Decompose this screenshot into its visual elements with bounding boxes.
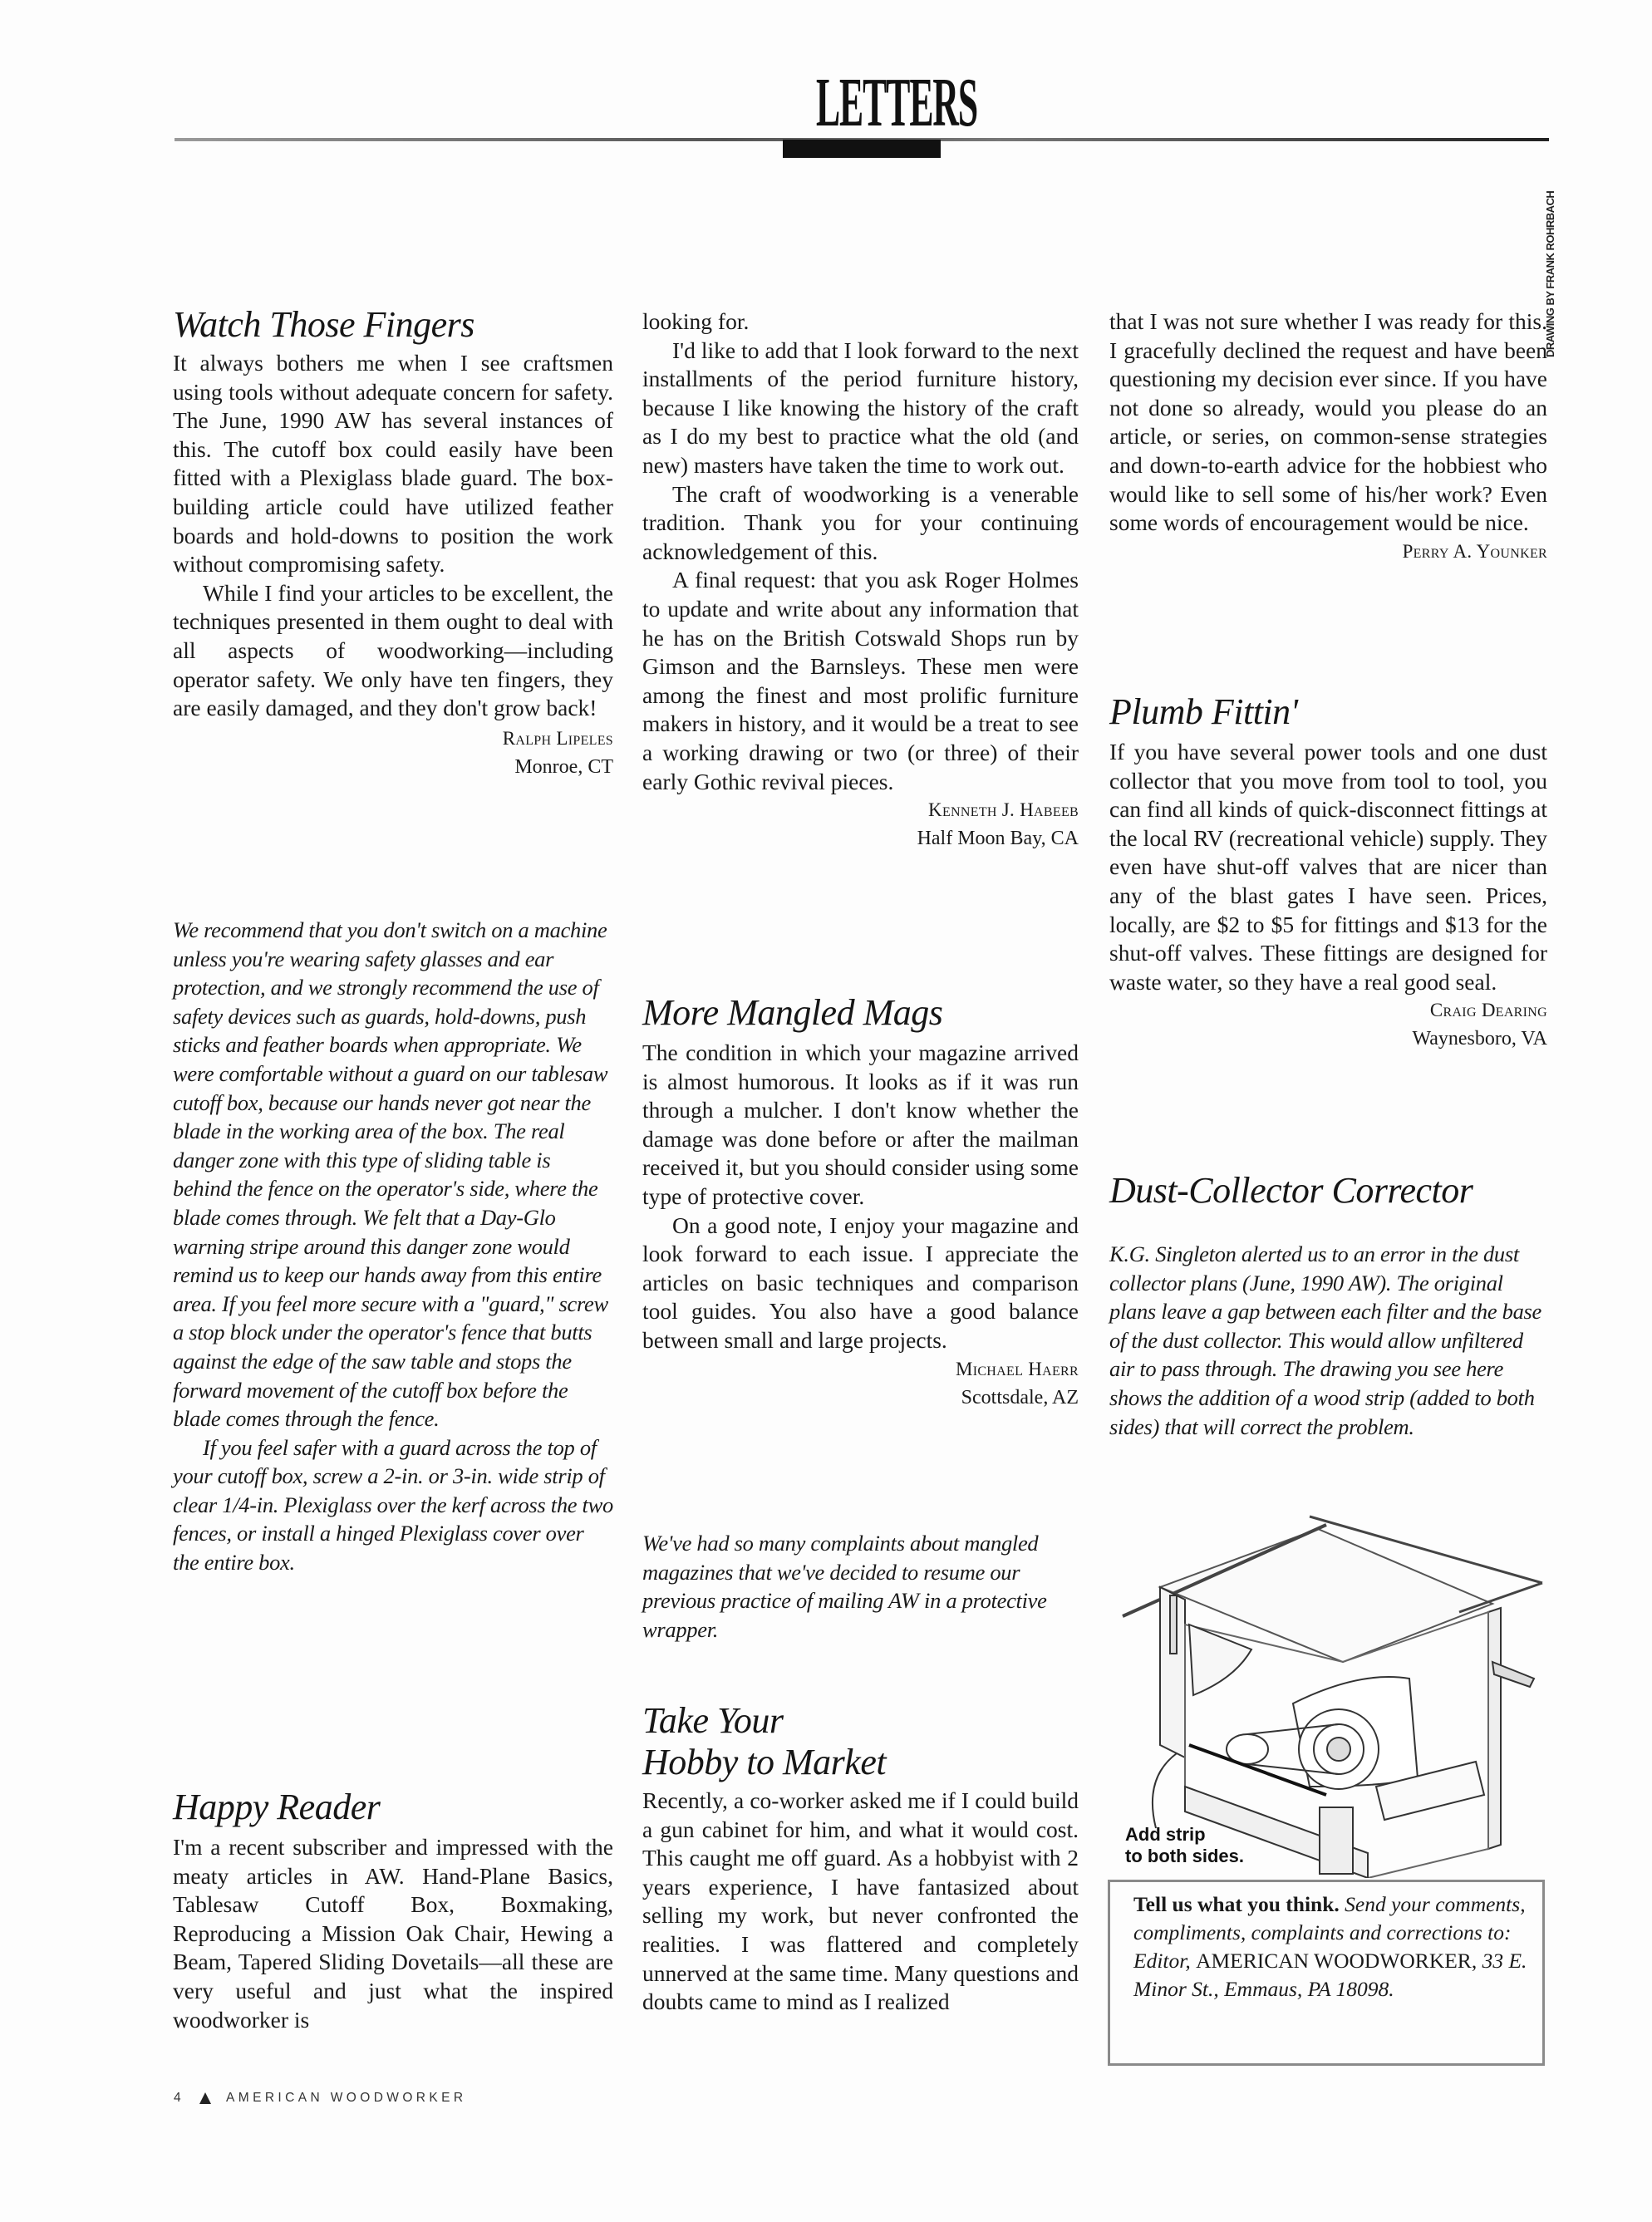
letter-paragraph: While I find your articles to be excelle… [173, 579, 613, 723]
section-title: LETTERS [816, 70, 904, 136]
drawing-callout: Add strip to both sides. [1125, 1824, 1244, 1867]
letter-location: Monroe, CT [173, 753, 613, 781]
letter-paragraph: A final request: that you ask Roger Holm… [642, 566, 1079, 796]
letter-heading: More Mangled Mags [642, 992, 1079, 1034]
tell-us-lead: Tell us what you think. [1133, 1892, 1340, 1916]
letter-signature: Craig Dearing [1109, 996, 1547, 1025]
editor-reply-safety: We recommend that you don't switch on a … [173, 916, 613, 1577]
dust-collector-illustration [1110, 1512, 1559, 1878]
letter-paragraph: that I was not sure whether I was ready … [1109, 307, 1547, 538]
letter-paragraph: It always bothers me when I see craftsme… [173, 349, 613, 579]
letter-more-mangled-mags: More Mangled Mags The condition in which… [642, 992, 1079, 1412]
callout-line: Add strip [1125, 1824, 1244, 1846]
editor-reply-mangled: We've had so many complaints about mangl… [642, 1529, 1079, 1644]
letter-paragraph: On a good note, I enjoy your magazine an… [642, 1212, 1079, 1355]
letter-location: Half Moon Bay, CA [642, 824, 1079, 853]
letter-paragraph: looking for. [642, 307, 1079, 337]
letter-plumb-fittin: Plumb Fittin' If you have several power … [1109, 691, 1547, 1053]
letter-paragraph: I'm a recent subscriber and impressed wi… [173, 1833, 613, 2034]
letter-heading: Plumb Fittin' [1109, 691, 1547, 733]
letter-heading-line1: Take Your [642, 1700, 1079, 1742]
page-number: 4 [174, 2091, 184, 2106]
callout-line: to both sides. [1125, 1846, 1244, 1867]
letter-heading: Happy Reader [173, 1787, 613, 1828]
header-rule-tab [783, 140, 941, 158]
page-footer: 4 AMERICAN WOODWORKER [174, 2091, 466, 2106]
letter-happy-reader: Happy Reader I'm a recent subscriber and… [173, 1787, 613, 2034]
editor-reply-paragraph: If you feel safer with a guard across th… [173, 1433, 613, 1577]
editor-reply-paragraph: We recommend that you don't switch on a … [173, 916, 613, 1433]
tell-us-box: Tell us what you think. Send your commen… [1108, 1880, 1545, 2066]
magazine-name: AMERICAN WOODWORKER, [1196, 1949, 1477, 1973]
letter-paragraph: The craft of woodworking is a venerable … [642, 480, 1079, 567]
section-heading: Dust-Collector Corrector [1109, 1170, 1547, 1212]
letter-paragraph: The condition in which your magazine arr… [642, 1039, 1079, 1212]
letter-happy-reader-continued: looking for. I'd like to add that I look… [642, 307, 1079, 853]
section-dust-collector-corrector: Dust-Collector Corrector K.G. Singleton … [1109, 1170, 1547, 1441]
letter-signature: Michael Haerr [642, 1355, 1079, 1384]
letter-watch-those-fingers: Watch Those Fingers It always bothers me… [173, 304, 613, 781]
letter-heading: Watch Those Fingers [173, 304, 613, 346]
editor-note: K.G. Singleton alerted us to an error in… [1109, 1240, 1547, 1441]
letter-paragraph: I'd like to add that I look forward to t… [642, 337, 1079, 480]
editor-reply-paragraph: We've had so many complaints about mangl… [642, 1529, 1079, 1644]
letter-paragraph: If you have several power tools and one … [1109, 738, 1547, 996]
letter-signature: Kenneth J. Habeeb [642, 796, 1079, 824]
triangle-icon [199, 2092, 211, 2104]
drawing-credit: DRAWING BY FRANK ROHRBACH [1544, 175, 1557, 357]
publication-name: AMERICAN WOODWORKER [226, 2091, 466, 2106]
letter-location: Scottsdale, AZ [642, 1384, 1079, 1412]
letter-paragraph: Recently, a co-worker asked me if I coul… [642, 1787, 1079, 2017]
letter-heading-line2: Hobby to Market [642, 1742, 1079, 1783]
dust-collector-drawing: Add strip to both sides. [1110, 1512, 1559, 1878]
letter-take-your-hobby: Take Your Hobby to Market Recently, a co… [642, 1700, 1079, 2017]
letter-take-your-hobby-continued: that I was not sure whether I was ready … [1109, 307, 1547, 566]
letter-signature: Perry A. Younker [1109, 538, 1547, 566]
letter-location: Waynesboro, VA [1109, 1025, 1547, 1053]
letter-signature: Ralph Lipeles [173, 725, 613, 753]
